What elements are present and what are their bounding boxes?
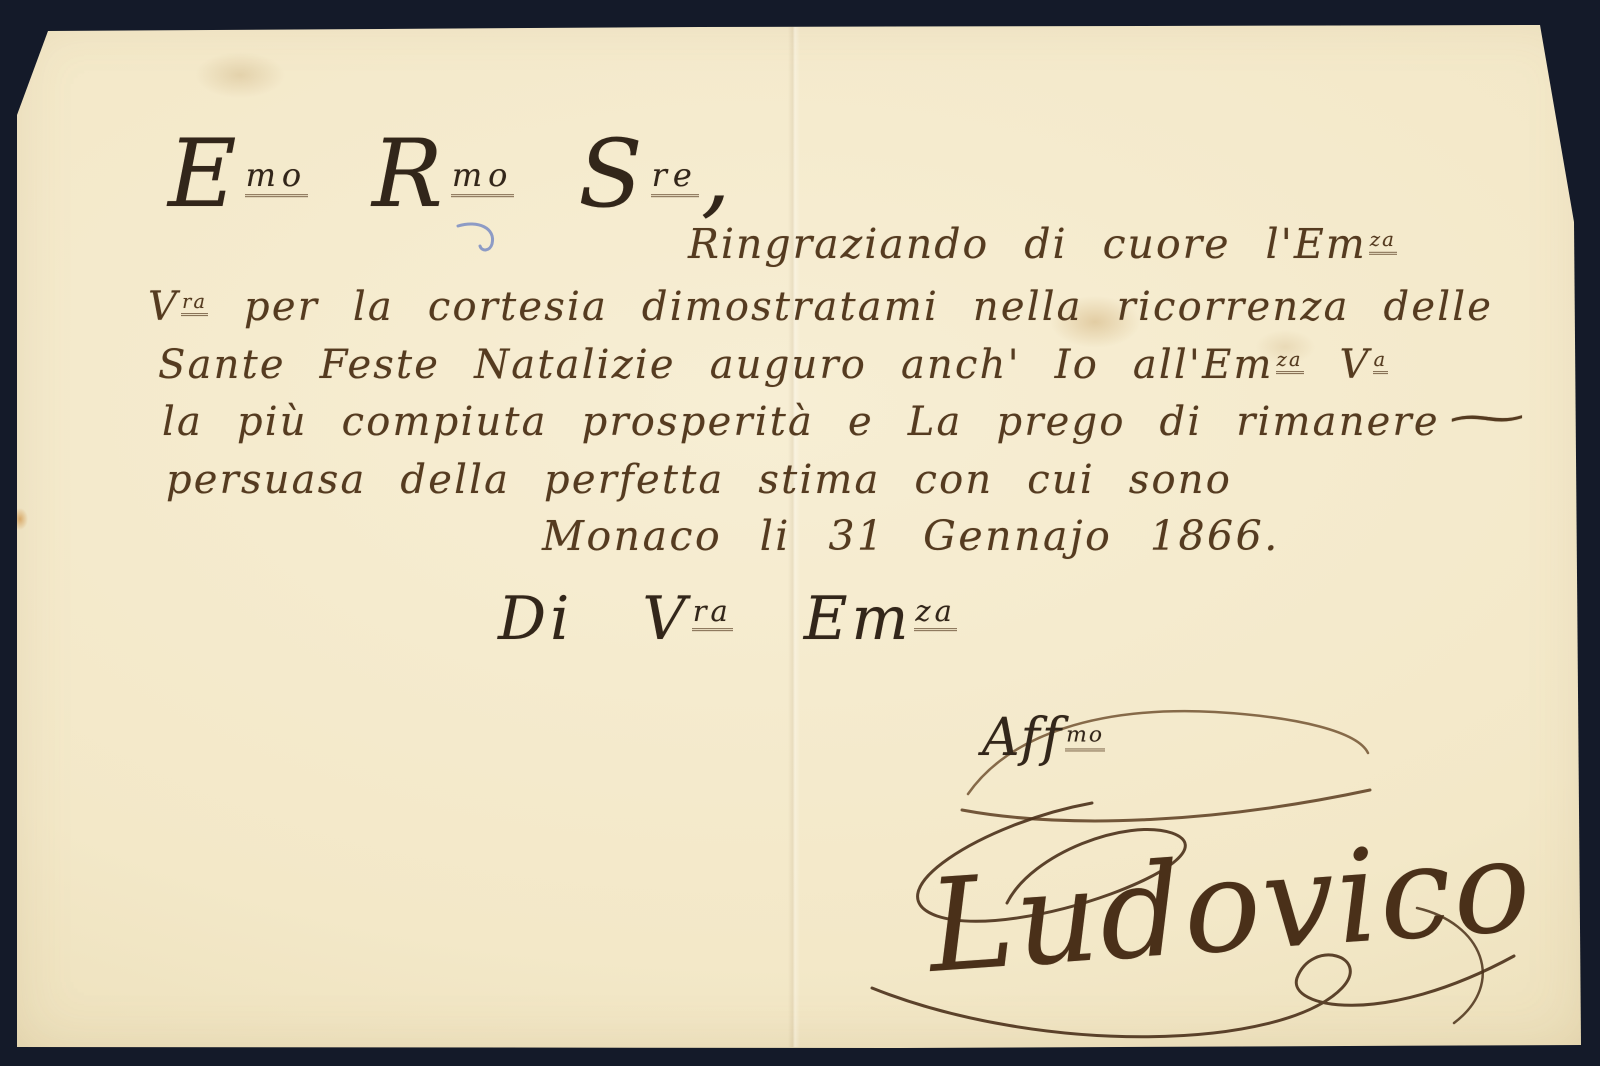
salutation: Emo Rmo Sre, [168, 120, 737, 229]
text-segment: S [516, 120, 648, 229]
superscript-abbreviation: mo [451, 160, 515, 197]
superscript-abbreviation: ra [181, 292, 208, 316]
text-segment: Di V [498, 584, 690, 654]
letter-line: la più compiuta prosperità e La prego di… [162, 399, 1475, 445]
text-segment: R [310, 120, 449, 229]
superscript-abbreviation: mo [1065, 724, 1105, 751]
superscript-abbreviation: mo [245, 160, 309, 197]
letter-line: Vra per la cortesia dimostratami nella r… [148, 284, 1493, 330]
superscript-abbreviation: za [1276, 350, 1304, 374]
superscript-abbreviation: za [1369, 230, 1397, 255]
text-segment: persuasa della perfetta stima con cui so… [166, 457, 1232, 503]
text-segment: Ringraziando di cuore l'Em [688, 220, 1367, 268]
text-segment: la più compiuta prosperità e La prego di… [162, 399, 1440, 445]
text-segment: V [1306, 342, 1371, 388]
dateline: Monaco li 31 Gennajo 1866. [542, 512, 1280, 560]
text-segment: Sante Feste Natalizie auguro anch' Io al… [158, 342, 1274, 388]
text-segment: V [148, 284, 179, 330]
superscript-abbreviation: ra [692, 597, 733, 631]
letter-line: Sante Feste Natalizie auguro anch' Io al… [158, 342, 1390, 388]
letter-line: persuasa della perfetta stima con cui so… [166, 457, 1232, 503]
scanned-letter-canvas: Emo Rmo Sre, Ringraziando di cuore l'Emz… [0, 0, 1600, 1066]
letter-line: Ringraziando di cuore l'Emza [688, 220, 1399, 268]
paper-stain [195, 52, 285, 98]
closing-formula: Di Vra Emza [498, 584, 959, 654]
superscript-abbreviation: za [914, 597, 956, 631]
valediction: Affmo [982, 708, 1107, 768]
text-segment: Em [735, 584, 913, 654]
text-segment: ~ [1440, 395, 1540, 441]
text-segment: Aff [982, 708, 1063, 768]
text-segment: per la cortesia dimostratami nella ricor… [210, 284, 1493, 330]
superscript-abbreviation: re [651, 160, 699, 197]
text-segment: , [701, 120, 737, 229]
text-segment: E [168, 120, 243, 229]
paper-stain [12, 508, 28, 530]
superscript-abbreviation: a [1373, 350, 1389, 374]
